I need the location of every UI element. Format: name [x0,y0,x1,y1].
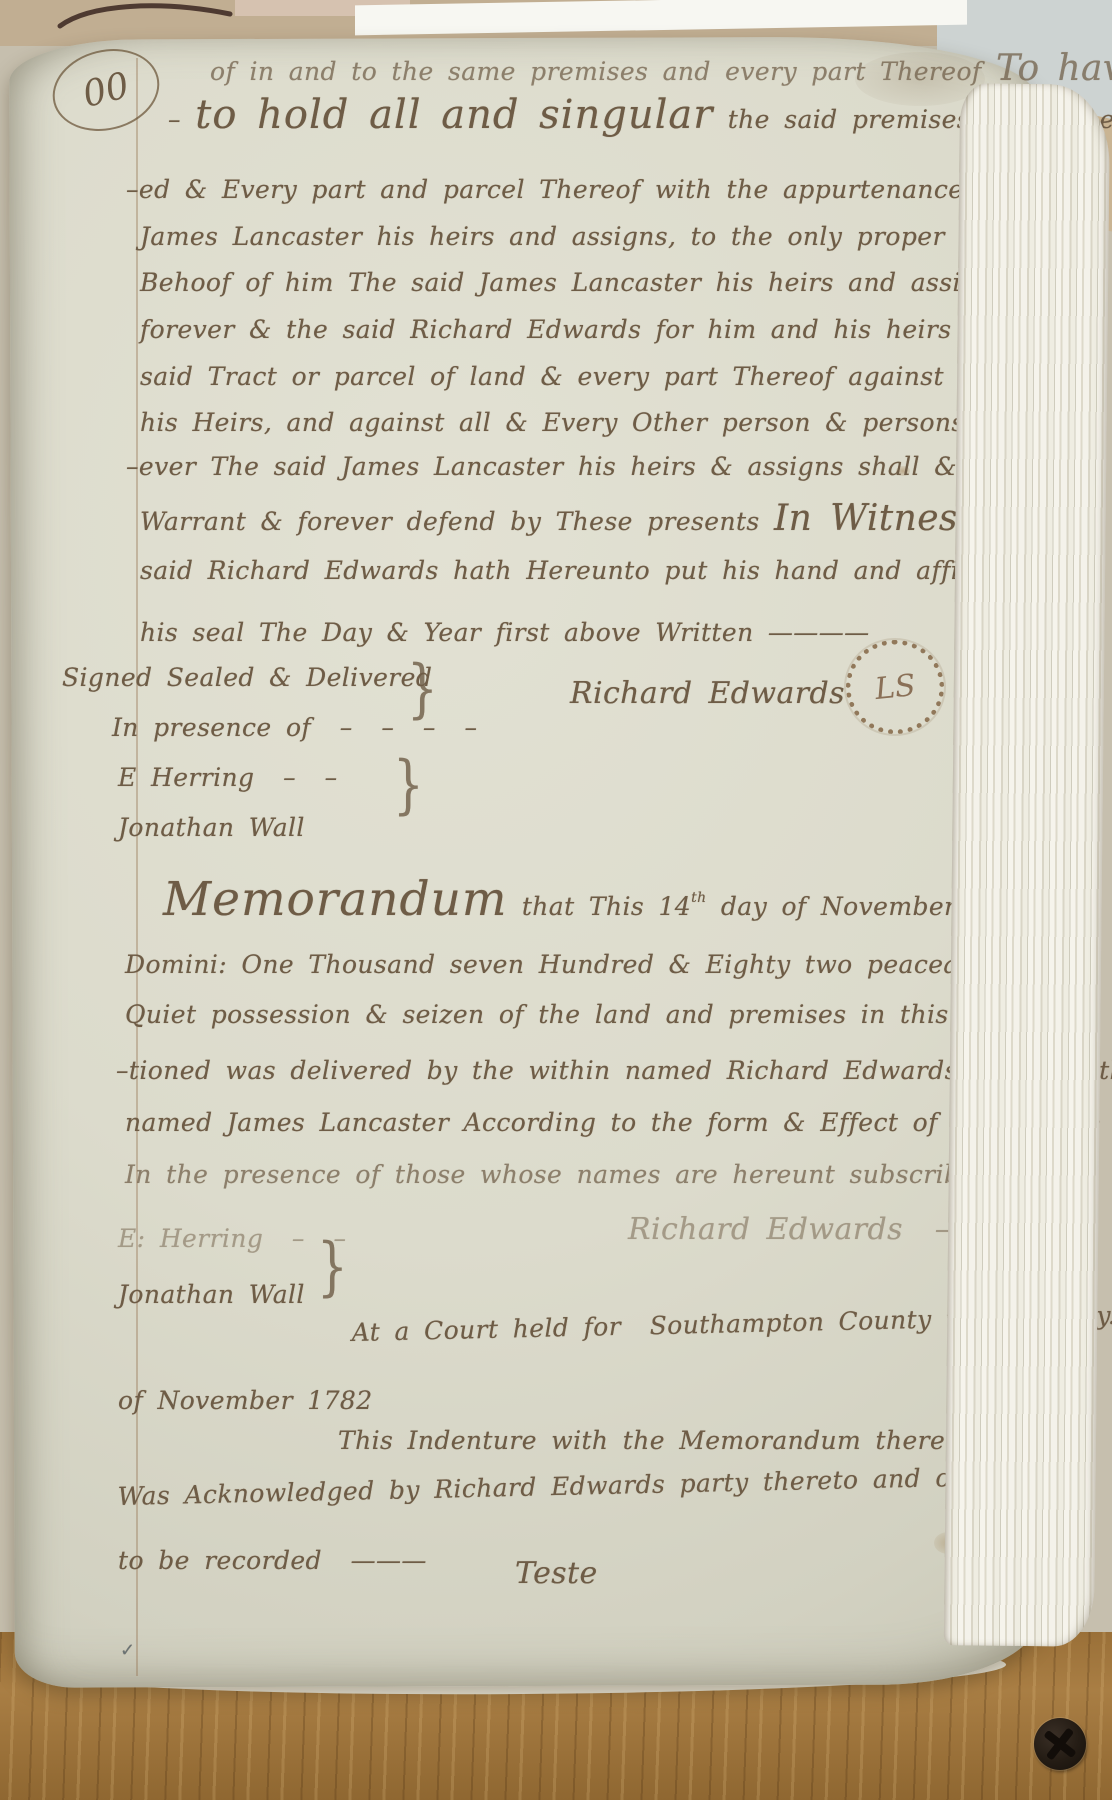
manuscript-text: Behoof of him The said James Lancaster h… [140,268,1007,297]
manuscript-text: Domini: One Thousand seven Hundred & Eig… [125,950,1061,979]
manuscript-line: his Heirs, and against all & Every Other… [140,408,1080,437]
manuscript-text: } [317,1230,348,1304]
witness-jonathan-wall: Jonathan Wall [118,1280,305,1309]
manuscript-text: Richard Edwards [570,676,845,711]
court-record-line: to be recorded ——— [118,1546,427,1575]
manuscript-line: Domini: One Thousand seven Hundred & Eig… [125,950,1061,979]
manuscript-text: th [691,890,706,906]
manuscript-text: Richard Edwards —— [628,1212,996,1247]
manuscript-line: said Tract or parcel of land & every par… [140,362,1070,391]
witness-brace: } [407,652,438,726]
manuscript-text: –ever The said James Lancaster his heirs… [126,452,1018,481]
manuscript-line: said Richard Edwards hath Hereunto put h… [140,556,1005,585]
manuscript-text: } [407,652,438,726]
manuscript-line: –ever The said James Lancaster his heirs… [126,452,1018,481]
teste-label: Teste [515,1556,598,1591]
manuscript-text: E Herring – – [118,763,338,792]
screw [1034,1718,1086,1770]
memorandum-heading: Memorandum that This 14th day of Novembe… [163,872,1074,927]
manuscript-text: that This 14 [508,892,692,921]
court-record-line: Was Acknowledged by Richard Edwards part… [117,1461,1039,1511]
manuscript-text: Was Acknowledged by Richard Edwards part… [117,1461,1039,1511]
manuscript-text: said Richard Edwards hath Hereunto put h… [140,556,1005,585]
manuscript-text: to be recorded ——— [118,1546,427,1575]
manuscript-text: } [393,748,424,822]
check-mark: ✓ [120,1640,135,1661]
signature-richard-edwards: Richard Edwards [570,676,845,711]
witness-e-herring: E: Herring – – [118,1224,346,1253]
manuscript-text: to hold all and singular [195,92,713,138]
manuscript-text: This Indenture with the Memorandum there… [338,1426,977,1455]
page-stack-fore-edge [944,83,1110,1646]
witness-brace: } [317,1230,348,1304]
manuscript-text: Signed Sealed & Delivered [62,663,432,692]
manuscript-text: of in and to the same premises and every… [210,57,996,86]
witness-jonathan-wall: Jonathan Wall [118,813,305,842]
court-record-line: This Indenture with the Memorandum there… [338,1426,977,1455]
manuscript-text: Warrant & forever defend by These presen… [140,507,774,536]
manuscript-text: Jonathan Wall [118,813,305,842]
court-record-line: of November 1782 [118,1386,373,1415]
manuscript-text: ✓ [120,1640,135,1661]
manuscript-text: In Witness [774,498,977,539]
manuscript-text: his Heirs, and against all & Every Other… [140,408,1080,437]
manuscript-text: In the presence of those whose names are… [125,1160,992,1189]
manuscript-text: Teste [515,1556,598,1591]
manuscript-text: Memorandum [163,872,508,927]
attestation-clause: Signed Sealed & Delivered [62,663,432,692]
manuscript-line: In the presence of those whose names are… [125,1160,1083,1189]
manuscript-text: said Tract or parcel of land & every par… [140,362,1070,391]
manuscript-line: Behoof of him The said James Lancaster h… [140,268,1007,297]
manuscript-text: forever & the said Richard Edwards for h… [140,315,1008,344]
witness-e-herring: E Herring – – [118,763,338,792]
manuscript-text: his seal The Day & Year first above Writ… [140,618,870,647]
witness-brace: } [393,748,424,822]
manuscript-text: of November 1782 [118,1386,373,1415]
signature-richard-edwards: Richard Edwards —— [628,1212,996,1247]
manuscript-text: – [168,105,195,134]
manuscript-text: E: Herring – – [118,1224,346,1253]
manuscript-line: of in and to the same premises and every… [210,48,1112,89]
manuscript-line: forever & the said Richard Edwards for h… [140,315,1008,344]
manuscript-text: Jonathan Wall [118,1280,305,1309]
manuscript-line: his seal The Day & Year first above Writ… [140,618,870,647]
manuscript-text: At a Court held for Southampton County t… [351,1303,1035,1347]
